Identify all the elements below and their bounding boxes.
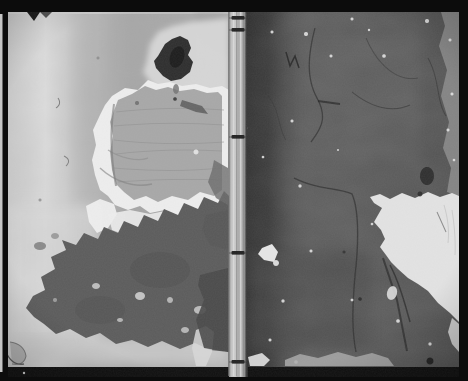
vignette-overlay [8,12,459,377]
book-photo-canvas [0,0,468,381]
book-scan-photo [0,0,468,381]
edge-sliver [0,14,3,372]
